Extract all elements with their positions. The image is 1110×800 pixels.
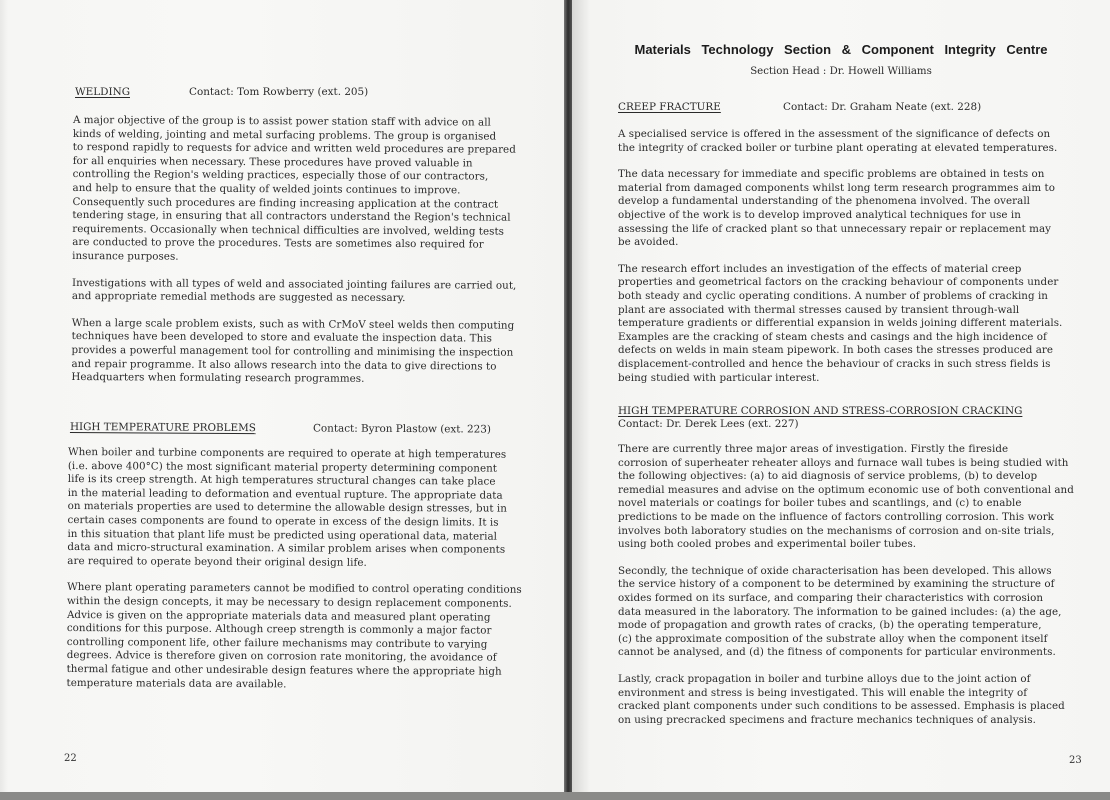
high-temp-header: HIGH TEMPERATURE PROBLEMS Contact: Byron… — [70, 421, 256, 434]
paragraph: When boiler and turbine components are r… — [67, 446, 548, 571]
contact-high-temperature: Contact: Byron Plastow (ext. 223) — [313, 422, 491, 435]
paragraph: Where plant operating parameters cannot … — [67, 581, 548, 693]
corrosion-body: There are currently three major areas of… — [618, 443, 1098, 727]
paragraph: There are currently three major areas of… — [618, 443, 1098, 552]
section-heading-corrosion: HIGH TEMPERATURE CORROSION AND STRESS-CO… — [618, 405, 1022, 417]
welding-body: A major objective of the group is to ass… — [71, 114, 553, 388]
high-temp-body: When boiler and turbine components are r… — [67, 446, 548, 693]
page-number-right: 23 — [1069, 755, 1082, 766]
welding-header: WELDING Contact: Tom Rowberry (ext. 205) — [75, 86, 130, 98]
paragraph: A specialised service is offered in the … — [618, 128, 1088, 155]
section-heading-welding: WELDING — [75, 86, 130, 98]
page-number-left: 22 — [64, 753, 77, 764]
contact-corrosion: Contact: Dr. Derek Lees (ext. 227) — [618, 418, 1022, 430]
paragraph: A major objective of the group is to ass… — [72, 114, 553, 266]
paragraph: Secondly, the technique of oxide charact… — [618, 565, 1098, 660]
paragraph: The data necessary for immediate and spe… — [618, 168, 1088, 250]
section-head-subtitle: Section Head : Dr. Howell Williams — [572, 66, 1110, 77]
paragraph: The research effort includes an investig… — [618, 263, 1088, 385]
book-gutter — [564, 0, 572, 800]
creep-body: A specialised service is offered in the … — [618, 128, 1088, 385]
paragraph: Lastly, crack propagation in boiler and … — [618, 673, 1098, 727]
corrosion-header: HIGH TEMPERATURE CORROSION AND STRESS-CO… — [618, 405, 1022, 430]
page-bottom-edge — [0, 792, 1110, 800]
contact-welding: Contact: Tom Rowberry (ext. 205) — [189, 86, 368, 98]
section-heading-creep-fracture: CREEP FRACTURE — [618, 101, 721, 113]
creep-header: CREEP FRACTURE Contact: Dr. Graham Neate… — [618, 101, 721, 113]
page-title: Materials Technology Section & Component… — [572, 42, 1110, 57]
contact-creep-fracture: Contact: Dr. Graham Neate (ext. 228) — [783, 101, 981, 113]
paragraph: When a large scale problem exists, such … — [71, 317, 551, 388]
paragraph: Investigations with all types of weld an… — [72, 277, 552, 307]
section-heading-high-temperature: HIGH TEMPERATURE PROBLEMS — [70, 421, 256, 434]
